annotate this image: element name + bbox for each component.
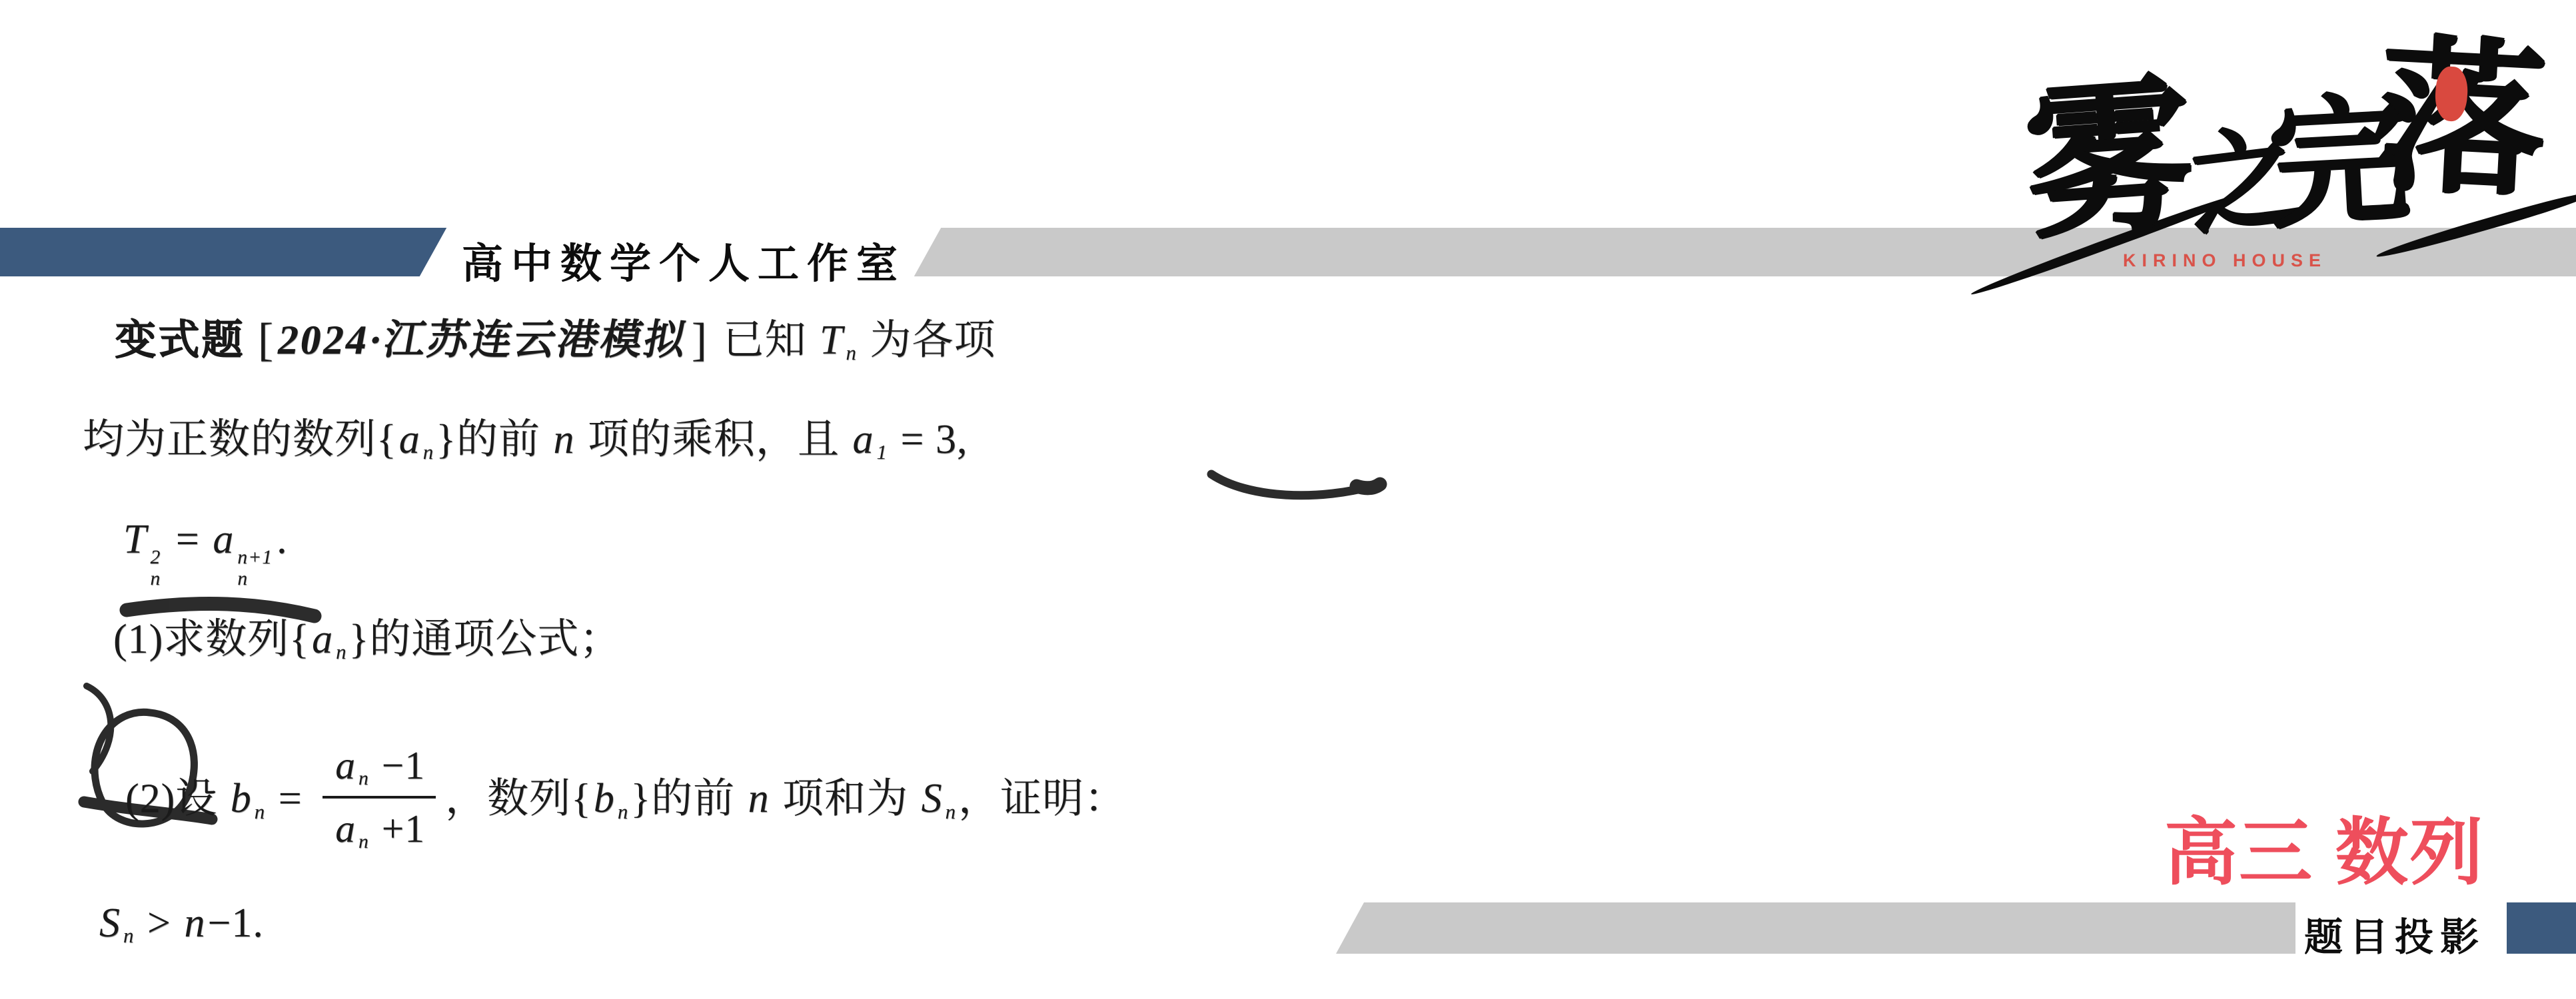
math-token-v: a: [851, 417, 876, 462]
projection-label: 题目投影: [2304, 906, 2485, 962]
calligraphy-char: 雾: [2020, 71, 2198, 249]
math-token-br: ]: [688, 314, 712, 366]
calligraphy-char: 落: [2375, 33, 2550, 208]
math-token-t: (1)求数列{: [113, 617, 310, 662]
math-token-bold: 变式题: [115, 317, 245, 363]
math-token-v: a: [310, 617, 335, 662]
stray-arc-annotation: [87, 686, 111, 771]
math-token-t: 项和为: [772, 776, 920, 821]
math-token-frac: an −1an +1: [322, 739, 436, 855]
math-token-t: =: [267, 776, 313, 821]
math-token-sub: n: [336, 640, 347, 663]
math-token-supsub: n+1n: [237, 547, 273, 589]
header-blue-parallelogram: [0, 228, 446, 276]
math-token-sub: n: [123, 924, 135, 947]
math-token-v: S: [97, 900, 123, 946]
math-token-v: T: [818, 318, 845, 363]
problem-line: T2n = an+1n.: [121, 514, 288, 589]
math-token-t: = 3,: [890, 417, 967, 462]
math-token-v: a: [397, 417, 422, 462]
math-token-v: a: [211, 517, 236, 562]
math-token-i: 2024·江苏连云港模拟: [273, 315, 692, 367]
math-token-v: b: [229, 776, 254, 821]
math-token-v: n: [746, 776, 772, 821]
slide-page: { "header": { "studio_title": "高中数学个人工作室…: [0, 0, 2576, 999]
footer-gray-parallelogram: [1336, 902, 2295, 954]
math-token-t: =: [165, 517, 211, 562]
math-token-v: a: [333, 743, 358, 787]
footer-navy-block: [2507, 902, 2576, 954]
problem-line: 均为正数的数列{an}的前 n 项的乘积，且 a1 = 3,: [83, 414, 968, 466]
topic-title: 高三 数列: [2164, 794, 2485, 899]
math-token-t: 均为正数的数列{: [83, 417, 397, 462]
problem-line: (2)设 bn = an −1an +1，数列{bn}的前 n 项和为 Sn，证…: [125, 745, 1126, 860]
math-token-t: ，数列{: [445, 776, 592, 821]
math-token-t: (2)设: [125, 776, 229, 821]
math-token-supsub: 2n: [150, 547, 161, 589]
math-token-sub: n: [358, 831, 369, 852]
math-token-sub: 1: [877, 440, 888, 464]
underline-a1-annotation: [1211, 474, 1379, 496]
math-token-v: S: [920, 776, 945, 821]
math-token-t: +1: [371, 807, 425, 850]
math-token-sub: n: [618, 800, 629, 823]
math-token-t: .: [277, 517, 288, 562]
math-token-t: −1.: [207, 900, 263, 946]
underline-a1-annotation-blob: [1357, 484, 1380, 488]
problem-line: Sn > n−1.: [97, 898, 264, 950]
math-token-t: 为各项: [859, 318, 996, 363]
math-token-v: b: [592, 776, 617, 821]
kirino-house-logo: 雾 之 完 落 KIRINO HOUSE: [1959, 20, 2572, 300]
math-token-t: 已知: [712, 318, 818, 363]
math-token-t: }的前: [630, 776, 746, 821]
math-token-t: }的前: [436, 417, 551, 462]
math-token-t: 项的乘积，且: [577, 417, 851, 462]
math-token-sub: n: [846, 341, 857, 364]
math-token-v: n: [182, 900, 207, 946]
math-token-v: n: [552, 417, 577, 462]
logo-subtitle: KIRINO HOUSE: [2123, 250, 2327, 271]
math-token-v: T: [121, 517, 149, 562]
math-token-sub: n: [423, 440, 434, 464]
problem-line: (1)求数列{an}的通项公式；: [113, 614, 621, 666]
math-token-t: }的通项公式；: [349, 617, 622, 662]
math-token-sub: n: [946, 800, 957, 823]
math-token-t: >: [137, 900, 183, 946]
math-token-sub: n: [358, 767, 369, 789]
math-token-t: ，证明：: [958, 776, 1126, 821]
math-token-sub: n: [255, 800, 266, 823]
problem-line: 变式题[2024·江苏连云港模拟] 已知 Tn 为各项: [115, 312, 995, 370]
math-token-t: −1: [371, 743, 425, 787]
studio-title: 高中数学个人工作室: [462, 230, 906, 290]
math-token-v: a: [333, 807, 358, 850]
